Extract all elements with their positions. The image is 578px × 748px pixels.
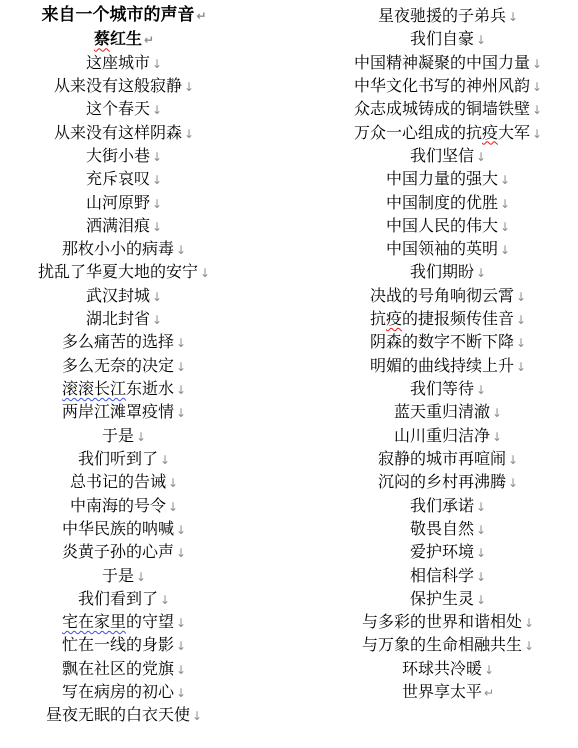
grammar-flagged-text: 滚滚长江 [62, 379, 126, 398]
poem-line-text: 大军 [498, 123, 530, 142]
line-break-mark-icon: ↓ [508, 476, 518, 490]
line-break-mark-icon: ↓ [176, 686, 186, 700]
poem-line-text: 中华民族的呐喊 [62, 519, 174, 538]
poem-line: 中华民族的呐喊↓ [0, 517, 248, 540]
poem-line: 沉闷的乡村再沸腾↓ [324, 470, 572, 493]
poem-line: 这个春天↓ [0, 97, 248, 120]
line-break-mark-icon: ↓ [532, 103, 542, 117]
poem-line: 众志成城铸成的铜墙铁壁↓ [324, 97, 572, 120]
poem-line: 寂静的城市再喧闹↓ [324, 447, 572, 470]
poem-line-text: 明媚的曲线持续上升 [370, 356, 514, 375]
line-break-mark-icon: ↓ [152, 57, 162, 71]
poem-line-text: 蓝天重归清澈 [394, 402, 490, 421]
line-break-mark-icon: ↓ [176, 546, 186, 560]
line-break-mark-icon: ↓ [476, 546, 486, 560]
poem-line-text: 扰乱了华夏大地的安宁 [38, 262, 198, 281]
poem-line-text: 写在病房的初心 [62, 682, 174, 701]
poem-line: 中国力量的强大↓ [324, 167, 572, 190]
poem-line-text: 与万象的生命相融共生 [362, 635, 522, 654]
poem-line: 蓝天重归清澈↓ [324, 400, 572, 423]
poem-line-text: 大街小巷 [86, 146, 150, 165]
poem-line-text: 的守望 [126, 612, 174, 631]
poem-line: 明媚的曲线持续上升↓ [324, 354, 572, 377]
poem-column-left: 来自一个城市的声音↵蔡红生↵这座城市↓从来没有这般寂静↓这个春天↓从来没有这样阴… [0, 4, 248, 727]
poem-line-text: 武汉封城 [86, 286, 150, 305]
poem-line: 世界享太平↵ [324, 680, 572, 703]
poem-line: 滚滚长江东逝水↓ [0, 377, 248, 400]
line-break-mark-icon: ↓ [152, 220, 162, 234]
line-break-mark-icon: ↓ [516, 360, 526, 374]
line-break-mark-icon: ↓ [176, 243, 186, 257]
poem-line: 中南海的号令↓ [0, 494, 248, 517]
poem-line-text: 我们坚信 [410, 146, 474, 165]
poem-line-text: 爱护环境 [410, 542, 474, 561]
line-break-mark-icon: ↓ [508, 453, 518, 467]
spellcheck-flagged-text: 疫 [386, 309, 402, 328]
poem-line-text: 我们听到了 [78, 449, 158, 468]
poem-line-text: 沉闷的乡村再沸腾 [378, 472, 506, 491]
line-break-mark-icon: ↓ [200, 266, 210, 280]
poem-line: 山川重归洁净↓ [324, 424, 572, 447]
poem-line: 敬畏自然↓ [324, 517, 572, 540]
poem-line: 那枚小小的病毒↓ [0, 237, 248, 260]
poem-line-text: 红生 [110, 29, 142, 48]
spellcheck-flagged-text: 疫 [482, 123, 498, 142]
poem-line: 中国领袖的英明↓ [324, 237, 572, 260]
poem-line-text: 飘在社区的党旗 [62, 659, 174, 678]
paragraph-mark-icon: ↵ [484, 686, 494, 700]
line-break-mark-icon: ↓ [152, 173, 162, 187]
poem-line: 湖北封省↓ [0, 307, 248, 330]
poem-line: 我们承诺↓ [324, 494, 572, 517]
poem-line-text: 相信科学 [410, 566, 474, 585]
poem-line-text: 星夜驰援的子弟兵 [378, 6, 506, 25]
line-break-mark-icon: ↓ [152, 197, 162, 211]
line-break-mark-icon: ↓ [476, 523, 486, 537]
poem-line: 宅在家里的守望↓ [0, 610, 248, 633]
poem-line-text: 湖北封省 [86, 309, 150, 328]
line-break-mark-icon: ↓ [476, 593, 486, 607]
poem-line-text: 洒满泪痕 [86, 216, 150, 235]
line-break-mark-icon: ↓ [476, 570, 486, 584]
line-break-mark-icon: ↓ [484, 663, 494, 677]
line-break-mark-icon: ↓ [532, 57, 542, 71]
line-break-mark-icon: ↓ [176, 360, 186, 374]
poem-line: 我们期盼↓ [324, 260, 572, 283]
poem-line: 大街小巷↓ [0, 144, 248, 167]
poem-line: 中华文化书写的神州风韵↓ [324, 74, 572, 97]
line-break-mark-icon: ↓ [524, 616, 534, 630]
poem-line: 山河原野↓ [0, 191, 248, 214]
line-break-mark-icon: ↓ [168, 500, 178, 514]
line-break-mark-icon: ↓ [492, 406, 502, 420]
poem-line: 总书记的告诫↓ [0, 470, 248, 493]
line-break-mark-icon: ↓ [176, 663, 186, 677]
line-break-mark-icon: ↓ [168, 476, 178, 490]
poem-line: 从来没有这样阴森↓ [0, 121, 248, 144]
poem-line-text: 昼夜无眠的白衣天使 [46, 705, 190, 724]
poem-line-text: 敬畏自然 [410, 519, 474, 538]
line-break-mark-icon: ↓ [500, 197, 510, 211]
poem-line-text: 抗 [370, 309, 386, 328]
poem-line: 抗疫的捷报频传佳音↓ [324, 307, 572, 330]
poem-line-text: 中国领袖的英明 [386, 239, 498, 258]
poem-line: 两岸江滩罩疫情↓ [0, 400, 248, 423]
poem-line: 相信科学↓ [324, 564, 572, 587]
paragraph-mark-icon: ↵ [144, 33, 154, 47]
poem-line-text: 两岸江滩罩疫情 [62, 402, 174, 421]
line-break-mark-icon: ↓ [500, 173, 510, 187]
line-break-mark-icon: ↓ [500, 243, 510, 257]
poem-line-text: 中国制度的优胜 [386, 193, 498, 212]
grammar-flagged-text: 宅在家里 [62, 612, 126, 631]
poem-line-text: 中国力量的强大 [386, 169, 498, 188]
line-break-mark-icon: ↓ [152, 313, 162, 327]
line-break-mark-icon: ↓ [516, 336, 526, 350]
poem-line: 环球共冷暖↓ [324, 657, 572, 680]
poem-line-text: 充斥哀叹 [86, 169, 150, 188]
poem-line-text: 的捷报频传佳音 [402, 309, 514, 328]
line-break-mark-icon: ↓ [176, 406, 186, 420]
line-break-mark-icon: ↓ [160, 593, 170, 607]
poem-line-text: 炎黄子孙的心声 [62, 542, 174, 561]
poem-line: 中国制度的优胜↓ [324, 191, 572, 214]
poem-line: 我们等待↓ [324, 377, 572, 400]
poem-line: 决战的号角响彻云霄↓ [324, 284, 572, 307]
line-break-mark-icon: ↓ [152, 150, 162, 164]
line-break-mark-icon: ↓ [192, 709, 202, 723]
line-break-mark-icon: ↓ [532, 80, 542, 94]
poem-line: 我们听到了↓ [0, 447, 248, 470]
poem-line-text: 我们等待 [410, 379, 474, 398]
poem-line: 武汉封城↓ [0, 284, 248, 307]
poem-line: 写在病房的初心↓ [0, 680, 248, 703]
line-break-mark-icon: ↓ [476, 500, 486, 514]
line-break-mark-icon: ↓ [516, 290, 526, 304]
line-break-mark-icon: ↓ [136, 430, 146, 444]
poem-line: 飘在社区的党旗↓ [0, 657, 248, 680]
poem-line-text: 总书记的告诫 [70, 472, 166, 491]
document-page: 来自一个城市的声音↵蔡红生↵这座城市↓从来没有这般寂静↓这个春天↓从来没有这样阴… [0, 0, 578, 748]
poem-line: 我们坚信↓ [324, 144, 572, 167]
poem-line: 星夜驰援的子弟兵↓ [324, 4, 572, 27]
poem-line-text: 阴森的数字不断下降 [370, 332, 514, 351]
poem-line-text: 中国人民的伟大 [386, 216, 498, 235]
poem-line: 于是↓ [0, 564, 248, 587]
poem-line: 扰乱了华夏大地的安宁↓ [0, 260, 248, 283]
poem-line-text: 保护生灵 [410, 589, 474, 608]
poem-line: 昼夜无眠的白衣天使↓ [0, 703, 248, 726]
line-break-mark-icon: ↓ [492, 430, 502, 444]
poem-line-text: 万众一心组成的抗 [354, 123, 482, 142]
poem-line-text: 忙在一线的身影 [62, 635, 174, 654]
poem-line-text: 东逝水 [126, 379, 174, 398]
line-break-mark-icon: ↓ [476, 150, 486, 164]
poem-line: 从来没有这般寂静↓ [0, 74, 248, 97]
line-break-mark-icon: ↓ [184, 127, 194, 141]
line-break-mark-icon: ↓ [176, 523, 186, 537]
poem-line-text: 山川重归洁净 [394, 426, 490, 445]
poem-line-text: 世界享太平 [402, 682, 482, 701]
poem-line-text: 于是 [102, 426, 134, 445]
poem-line-text: 于是 [102, 566, 134, 585]
poem-line-text: 山河原野 [86, 193, 150, 212]
poem-line-text: 寂静的城市再喧闹 [378, 449, 506, 468]
line-break-mark-icon: ↓ [516, 313, 526, 327]
line-break-mark-icon: ↓ [176, 616, 186, 630]
poem-line: 炎黄子孙的心声↓ [0, 540, 248, 563]
poem-line-text: 这座城市 [86, 53, 150, 72]
line-break-mark-icon: ↓ [476, 383, 486, 397]
poem-line: 万众一心组成的抗疫大军↓ [324, 121, 572, 144]
poem-line: 爱护环境↓ [324, 540, 572, 563]
poem-line: 于是↓ [0, 424, 248, 447]
poem-line-text: 我们看到了 [78, 589, 158, 608]
poem-line-text: 决战的号角响彻云霄 [370, 286, 514, 305]
poem-line: 我们看到了↓ [0, 587, 248, 610]
poem-line-text: 我们自豪 [410, 29, 474, 48]
poem-line-text: 多么无奈的决定 [62, 356, 174, 375]
poem-line-text: 来自一个城市的声音 [41, 5, 194, 25]
line-break-mark-icon: ↓ [152, 103, 162, 117]
line-break-mark-icon: ↓ [176, 336, 186, 350]
line-break-mark-icon: ↓ [160, 453, 170, 467]
line-break-mark-icon: ↓ [476, 33, 486, 47]
line-break-mark-icon: ↓ [176, 383, 186, 397]
poem-line: 我们自豪↓ [324, 27, 572, 50]
poem-line: 这座城市↓ [0, 51, 248, 74]
poem-line: 多么痛苦的选择↓ [0, 330, 248, 353]
poem-line-text: 我们期盼 [410, 262, 474, 281]
poem-line-text: 从来没有这般寂静 [54, 76, 182, 95]
line-break-mark-icon: ↓ [508, 10, 518, 24]
poem-line-text: 多么痛苦的选择 [62, 332, 174, 351]
poem-line: 多么无奈的决定↓ [0, 354, 248, 377]
poem-line: 洒满泪痕↓ [0, 214, 248, 237]
line-break-mark-icon: ↓ [184, 80, 194, 94]
spellcheck-flagged-text: 蔡 [94, 29, 110, 48]
poem-line-text: 那枚小小的病毒 [62, 239, 174, 258]
poem-author-line: 蔡红生↵ [0, 27, 248, 50]
line-break-mark-icon: ↓ [152, 290, 162, 304]
poem-line: 中国精神凝聚的中国力量↓ [324, 51, 572, 74]
line-break-mark-icon: ↓ [476, 266, 486, 280]
poem-line-text: 与多彩的世界和谐相处 [362, 612, 522, 631]
line-break-mark-icon: ↓ [136, 570, 146, 584]
poem-line-text: 我们承诺 [410, 496, 474, 515]
poem-title-line: 来自一个城市的声音↵ [0, 4, 248, 27]
poem-column-right: 星夜驰援的子弟兵↓我们自豪↓中国精神凝聚的中国力量↓中华文化书写的神州风韵↓众志… [324, 4, 572, 703]
poem-line-text: 从来没有这样阴森 [54, 123, 182, 142]
paragraph-mark-icon: ↵ [196, 9, 206, 23]
poem-line-text: 众志成城铸成的铜墙铁壁 [354, 99, 530, 118]
poem-line: 充斥哀叹↓ [0, 167, 248, 190]
poem-line-text: 中国精神凝聚的中国力量 [354, 53, 530, 72]
line-break-mark-icon: ↓ [176, 639, 186, 653]
poem-line: 中国人民的伟大↓ [324, 214, 572, 237]
poem-line: 阴森的数字不断下降↓ [324, 330, 572, 353]
poem-line: 忙在一线的身影↓ [0, 633, 248, 656]
poem-line: 与万象的生命相融共生↓ [324, 633, 572, 656]
poem-line: 与多彩的世界和谐相处↓ [324, 610, 572, 633]
poem-line-text: 这个春天 [86, 99, 150, 118]
line-break-mark-icon: ↓ [524, 639, 534, 653]
poem-line: 保护生灵↓ [324, 587, 572, 610]
line-break-mark-icon: ↓ [500, 220, 510, 234]
poem-line-text: 环球共冷暖 [402, 659, 482, 678]
poem-line-text: 中华文化书写的神州风韵 [354, 76, 530, 95]
poem-line-text: 中南海的号令 [70, 496, 166, 515]
line-break-mark-icon: ↓ [532, 127, 542, 141]
